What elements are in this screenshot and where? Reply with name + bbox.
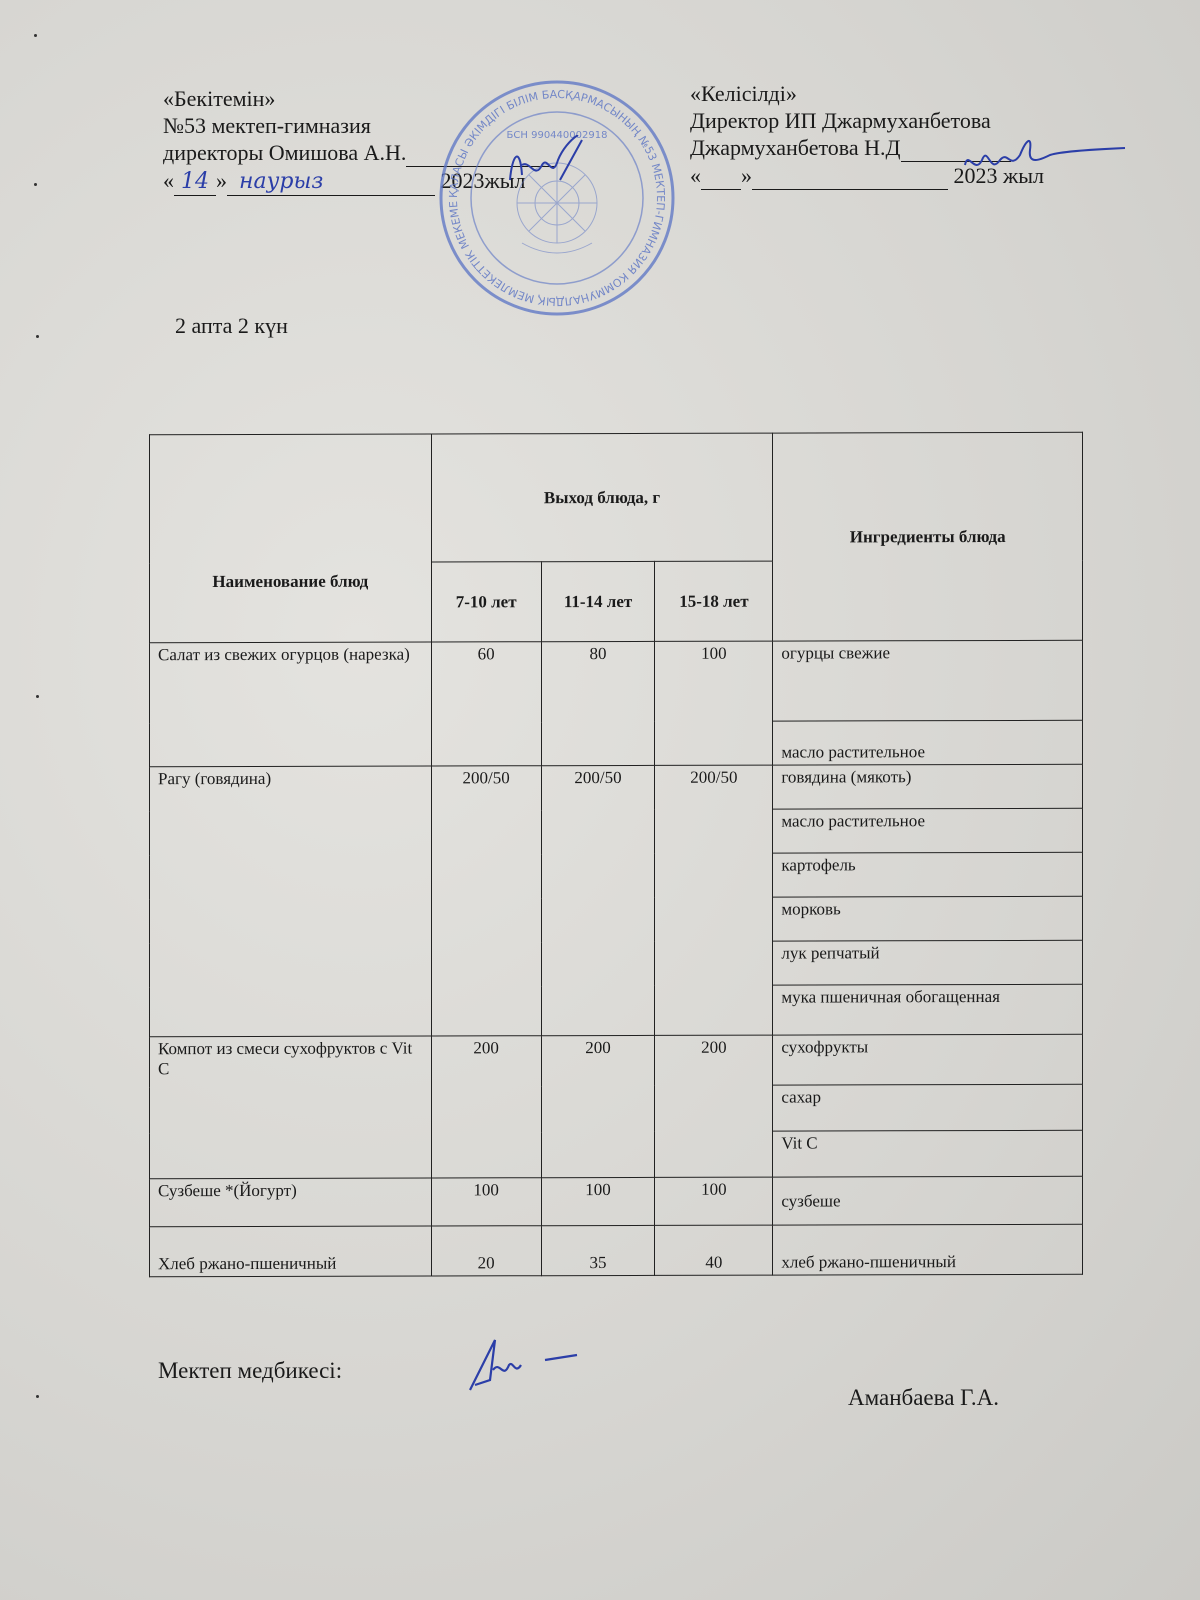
menu-table: Наименование блюд Выход блюда, г Ингреди… xyxy=(149,432,1083,1277)
ingredient: масло растительное xyxy=(773,720,1083,765)
header-yield: Выход блюда, г xyxy=(431,433,773,562)
dish-name: Хлеб ржано-пшеничный xyxy=(150,1226,432,1277)
director-name-left: директоры Омишова А.Н. xyxy=(163,140,406,165)
paper-speck xyxy=(34,183,37,186)
yield-7-10: 200 xyxy=(431,1036,541,1178)
ingredient: говядина (мякоть) xyxy=(773,764,1083,809)
ingredient: сахар xyxy=(773,1084,1083,1131)
yield-11-14: 200 xyxy=(541,1035,655,1177)
nurse-name: Аманбаева Г.А. xyxy=(848,1385,999,1411)
table-row: Рагу (говядина) 200/50 200/50 200/50 гов… xyxy=(150,764,1083,810)
yield-7-10: 20 xyxy=(431,1226,541,1276)
table-row: Хлеб ржано-пшеничный 20 35 40 хлеб ржано… xyxy=(150,1224,1083,1276)
approval-title-right: «Келісілді» xyxy=(690,80,1044,107)
yield-15-18: 40 xyxy=(655,1225,773,1275)
paper-speck xyxy=(36,695,39,698)
director-signature-left-icon xyxy=(500,135,590,195)
quote-close: » xyxy=(216,168,227,193)
yield-15-18: 200/50 xyxy=(655,765,773,1035)
director-name-right: Джармуханбетова Н.Д xyxy=(690,135,901,160)
nurse-label: Мектеп медбикесі: xyxy=(158,1358,342,1384)
header-age-11-14: 11-14 лет xyxy=(541,561,655,641)
dish-name: Рагу (говядина) xyxy=(150,766,432,1037)
ingredient: картофель xyxy=(773,852,1083,897)
quote-open: « xyxy=(163,168,174,193)
ingredient: сухофрукты xyxy=(773,1034,1083,1085)
dish-name: Салат из свежих огурцов (нарезка) xyxy=(150,642,432,767)
nurse-signature-icon xyxy=(465,1335,605,1395)
yield-11-14: 35 xyxy=(541,1225,655,1275)
quote-close: » xyxy=(741,163,752,188)
yield-11-14: 100 xyxy=(541,1177,655,1225)
paper-speck xyxy=(34,34,37,37)
yield-7-10: 100 xyxy=(431,1178,541,1226)
yield-7-10: 200/50 xyxy=(431,766,541,1036)
table-row: Сузбеше *(Йогурт) 100 100 100 сузбеше xyxy=(150,1176,1083,1226)
dish-name: Сузбеше *(Йогурт) xyxy=(150,1178,432,1227)
ingredient: сузбеше xyxy=(773,1176,1083,1225)
header-age-15-18: 15-18 лет xyxy=(655,561,773,641)
table-row: Компот из смеси сухофруктов с Vit C 200 … xyxy=(150,1034,1083,1086)
ingredient: масло растительное xyxy=(773,808,1083,853)
ingredient: морковь xyxy=(773,896,1083,941)
yield-15-18: 100 xyxy=(655,1177,773,1225)
ingredient: Vit C xyxy=(773,1130,1083,1177)
handwritten-month: наурыз xyxy=(227,168,435,196)
ingredient: огурцы свежие xyxy=(773,640,1083,721)
header-age-7-10: 7-10 лет xyxy=(431,562,541,642)
yield-15-18: 200 xyxy=(655,1035,773,1177)
ingredient: мука пшеничная обогащенная xyxy=(773,984,1083,1035)
director-signature-right-icon xyxy=(960,130,1130,190)
week-day-label: 2 апта 2 күн xyxy=(175,313,288,339)
table-row: Салат из свежих огурцов (нарезка) 60 80 … xyxy=(150,640,1083,722)
ingredient: хлеб ржано-пшеничный xyxy=(773,1224,1083,1275)
yield-15-18: 100 xyxy=(655,641,773,765)
paper-speck xyxy=(36,335,39,338)
handwritten-day: 14 xyxy=(174,168,216,196)
header-dish-name: Наименование блюд xyxy=(150,434,432,643)
yield-7-10: 60 xyxy=(431,642,541,766)
quote-open: « xyxy=(690,163,701,188)
dish-name: Компот из смеси сухофруктов с Vit C xyxy=(150,1036,432,1179)
yield-11-14: 80 xyxy=(541,641,655,765)
official-stamp-icon: ҚАЛАСЫ ӘКІМДІГІ БІЛІМ БАСҚАРМАСЫНЫҢ №53 … xyxy=(437,78,677,318)
header-ingredients: Ингредиенты блюда xyxy=(773,432,1083,641)
paper-speck xyxy=(36,1395,39,1398)
ingredient: лук репчатый xyxy=(773,940,1083,985)
yield-11-14: 200/50 xyxy=(541,765,655,1035)
